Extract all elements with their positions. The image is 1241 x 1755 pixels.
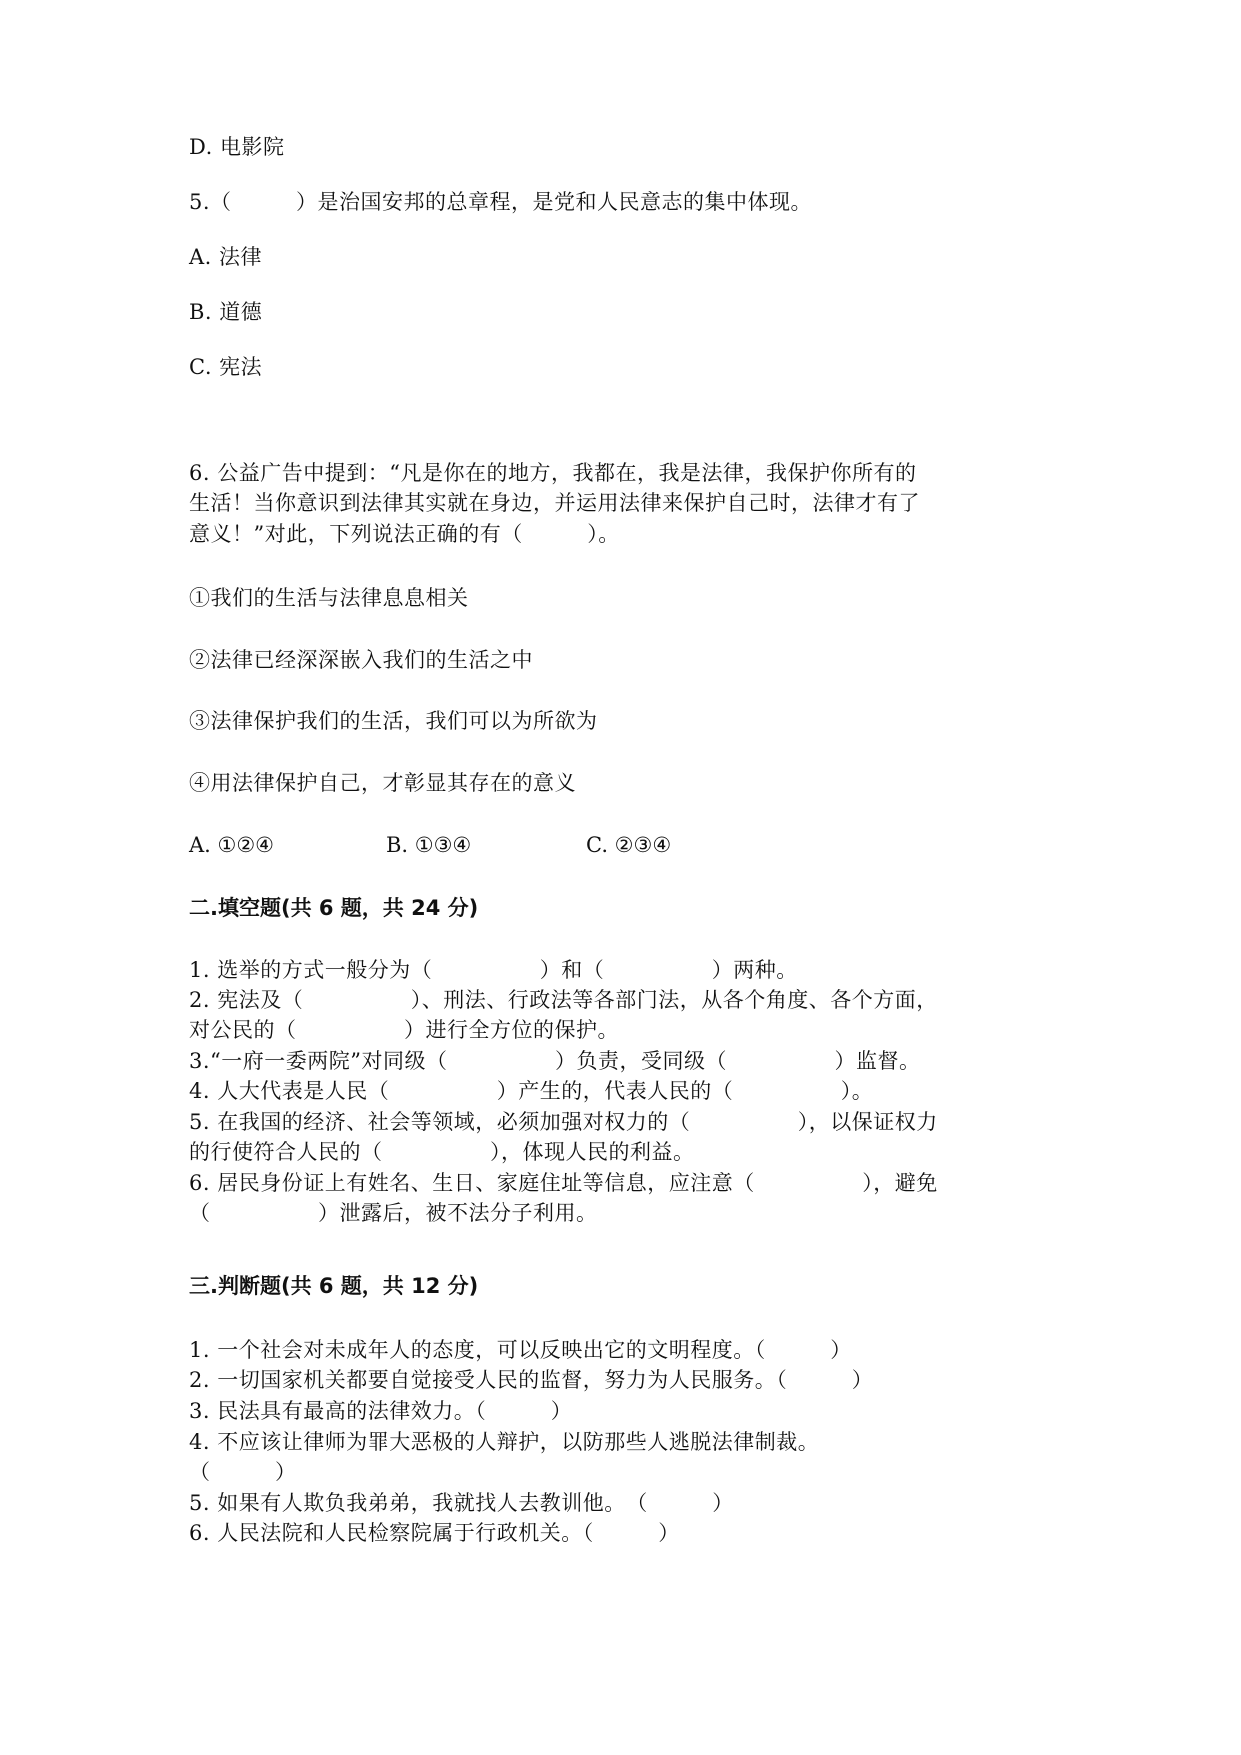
judge-q4-line-2: （ ） [189, 1457, 297, 1488]
fill-q6-line-2: （ ）泄露后，被不法分子利用。 [189, 1198, 598, 1229]
judge-q4-line-1: 4. 不应该让律师为罪大恶极的人辩护，以防那些人逃脱法律制裁。 [189, 1427, 819, 1458]
q6-stem-line-2: 生活！当你意识到法律其实就在身边，并运用法律来保护自己时，法律才有了 [189, 488, 920, 519]
judge-q1: 1. 一个社会对未成年人的态度，可以反映出它的文明程度。（ ） [189, 1335, 852, 1366]
q5-stem: 5.（ ）是治国安邦的总章程，是党和人民意志的集中体现。 [189, 187, 812, 218]
fill-q3: 3.“一府一委两院”对同级（ ）负责，受同级（ ）监督。 [189, 1046, 921, 1077]
q5-option-c: C. 宪法 [189, 352, 262, 383]
fill-q5-line-2: 的行使符合人民的（ ），体现人民的利益。 [189, 1137, 695, 1168]
judge-q2: 2. 一切国家机关都要自觉接受人民的监督，努力为人民服务。（ ） [189, 1365, 873, 1396]
q6-option-a: A. ①②④ [189, 830, 274, 861]
q6-statement-2: ②法律已经深深嵌入我们的生活之中 [189, 645, 533, 676]
judge-q5: 5. 如果有人欺负我弟弟，我就找人去教训他。 （ ） [189, 1488, 734, 1519]
judge-q6: 6. 人民法院和人民检察院属于行政机关。（ ） [189, 1518, 680, 1549]
q4-option-d: D. 电影院 [189, 132, 284, 163]
q6-option-b: B. ①③④ [386, 830, 471, 861]
q6-statement-4: ④用法律保护自己，才彰显其存在的意义 [189, 768, 576, 799]
q5-option-b: B. 道德 [189, 297, 262, 328]
q6-option-c: C. ②③④ [586, 830, 671, 861]
judge-q3: 3. 民法具有最高的法律效力。（ ） [189, 1396, 572, 1427]
fill-q2-line-1: 2. 宪法及（ ）、刑法、行政法等各部门法，从各个角度、各个方面， [189, 985, 938, 1016]
q6-statement-3: ③法律保护我们的生活，我们可以为所欲为 [189, 706, 598, 737]
fill-q6-line-1: 6. 居民身份证上有姓名、生日、家庭住址等信息，应注意（ ），避免 [189, 1168, 938, 1199]
q6-stem-line-1: 6. 公益广告中提到：“凡是你在的地方，我都在，我是法律，我保护你所有的 [189, 458, 916, 489]
fill-q4: 4. 人大代表是人民（ ）产生的，代表人民的（ ）。 [189, 1076, 873, 1107]
fill-q5-line-1: 5. 在我国的经济、社会等领域，必须加强对权力的（ ），以保证权力 [189, 1107, 938, 1138]
section-2-title: 二.填空题(共 6 题，共 24 分) [189, 893, 478, 924]
fill-q1: 1. 选举的方式一般分为（ ）和（ ）两种。 [189, 955, 798, 986]
q6-statement-1: ①我们的生活与法律息息相关 [189, 583, 469, 614]
q6-stem-line-3: 意义！”对此，下列说法正确的有（ ）。 [189, 519, 620, 550]
section-3-title: 三.判断题(共 6 题，共 12 分) [189, 1271, 478, 1302]
q5-option-a: A. 法律 [189, 242, 262, 273]
fill-q2-line-2: 对公民的（ ）进行全方位的保护。 [189, 1015, 619, 1046]
